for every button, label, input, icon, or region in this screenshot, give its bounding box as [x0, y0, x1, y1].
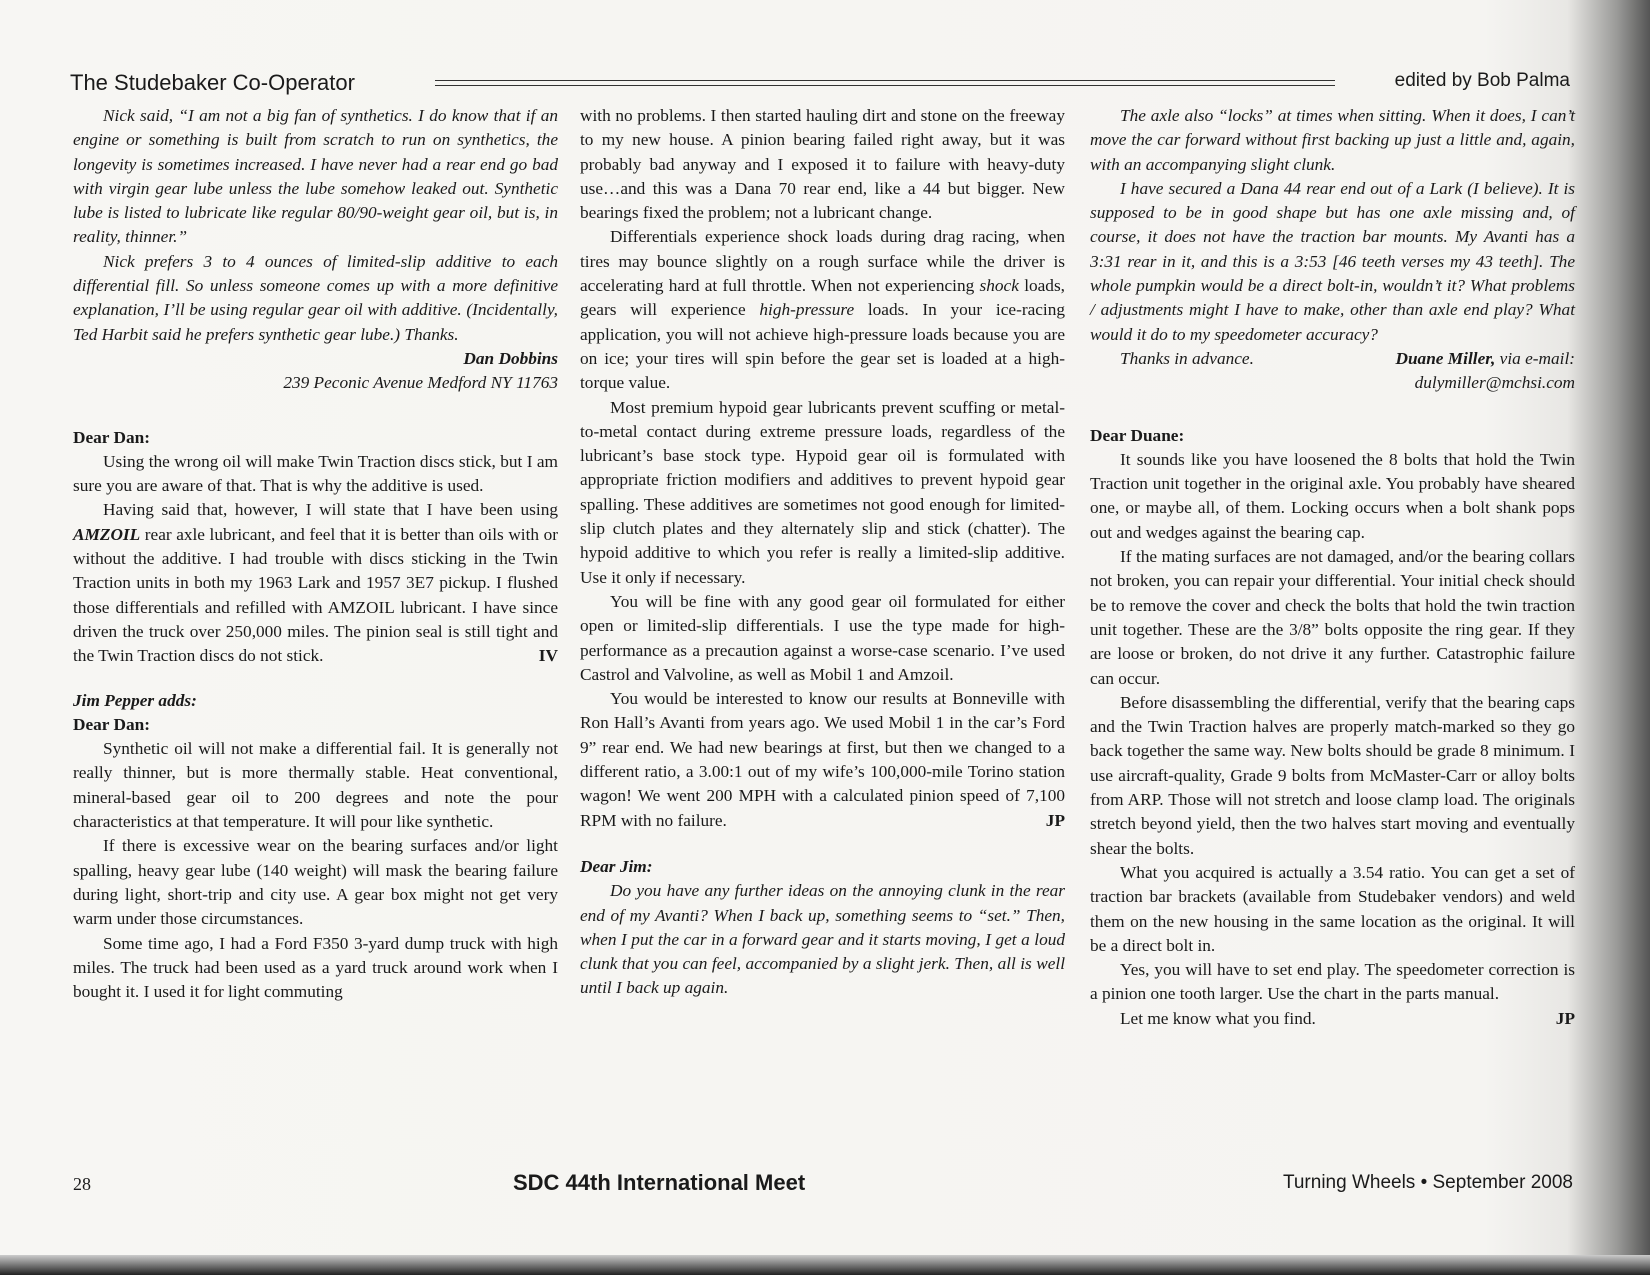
salutation: Dear Duane:: [1090, 424, 1575, 448]
paragraph: Do you have any further ideas on the ann…: [580, 879, 1065, 1000]
publication-issue: Turning Wheels • September 2008: [1283, 1172, 1573, 1194]
paragraph: I have secured a Dana 44 rear end out of…: [1090, 177, 1575, 347]
paragraph: Using the wrong oil will make Twin Tract…: [73, 450, 558, 499]
page-number: 28: [73, 1174, 91, 1195]
paragraph: Before disassembling the differential, v…: [1090, 691, 1575, 861]
magazine-page: The Studebaker Co-Operator edited by Bob…: [0, 0, 1650, 1275]
paragraph: If there is excessive wear on the bearin…: [73, 834, 558, 931]
paragraph: Yes, you will have to set end play. The …: [1090, 958, 1575, 1007]
page-footer: 28 SDC 44th International Meet Turning W…: [73, 1170, 1573, 1200]
scan-edge: [0, 1255, 1650, 1275]
paragraph: Some time ago, I had a Ford F350 3-yard …: [73, 932, 558, 1005]
paragraph: Differentials experience shock loads dur…: [580, 225, 1065, 395]
editor-credit: edited by Bob Palma: [1395, 70, 1570, 92]
paragraph: Let me know what you find.JP: [1090, 1007, 1575, 1031]
paragraph: You would be interested to know our resu…: [580, 687, 1065, 833]
paragraph: If the mating surfaces are not damaged, …: [1090, 545, 1575, 691]
signature-address: 239 Peconic Avenue Medford NY 11763: [73, 371, 558, 395]
signature-row: Thanks in advance. Duane Miller, via e-m…: [1090, 347, 1575, 371]
signature-name: Dan Dobbins: [73, 347, 558, 371]
paragraph: You will be fine with any good gear oil …: [580, 590, 1065, 687]
column-2: with no problems. I then started hauling…: [580, 104, 1065, 1001]
salutation: Dear Dan:: [73, 426, 558, 450]
column-3: The axle also “locks” at times when sitt…: [1090, 104, 1575, 1031]
paragraph: Most premium hypoid gear lubricants prev…: [580, 396, 1065, 590]
page-header: The Studebaker Co-Operator edited by Bob…: [70, 70, 1570, 100]
footer-banner: SDC 44th International Meet: [513, 1170, 805, 1196]
paragraph: Having said that, however, I will state …: [73, 498, 558, 668]
paragraph: The axle also “locks” at times when sitt…: [1090, 104, 1575, 177]
subheading: Jim Pepper adds:: [73, 689, 558, 713]
paragraph: with no problems. I then started hauling…: [580, 104, 1065, 225]
paragraph: Nick prefers 3 to 4 ounces of limited-sl…: [73, 250, 558, 347]
header-rule: [435, 80, 1335, 86]
paragraph: What you acquired is actually a 3.54 rat…: [1090, 861, 1575, 958]
paragraph: Nick said, “I am not a big fan of synthe…: [73, 104, 558, 250]
salutation: Dear Dan:: [73, 713, 558, 737]
column-title: The Studebaker Co-Operator: [70, 70, 355, 96]
column-1: Nick said, “I am not a big fan of synthe…: [73, 104, 558, 1004]
paragraph: Synthetic oil will not make a differenti…: [73, 737, 558, 834]
email-address: dulymiller@mchsi.com: [1090, 371, 1575, 395]
salutation: Dear Jim:: [580, 855, 1065, 879]
paragraph: It sounds like you have loosened the 8 b…: [1090, 448, 1575, 545]
